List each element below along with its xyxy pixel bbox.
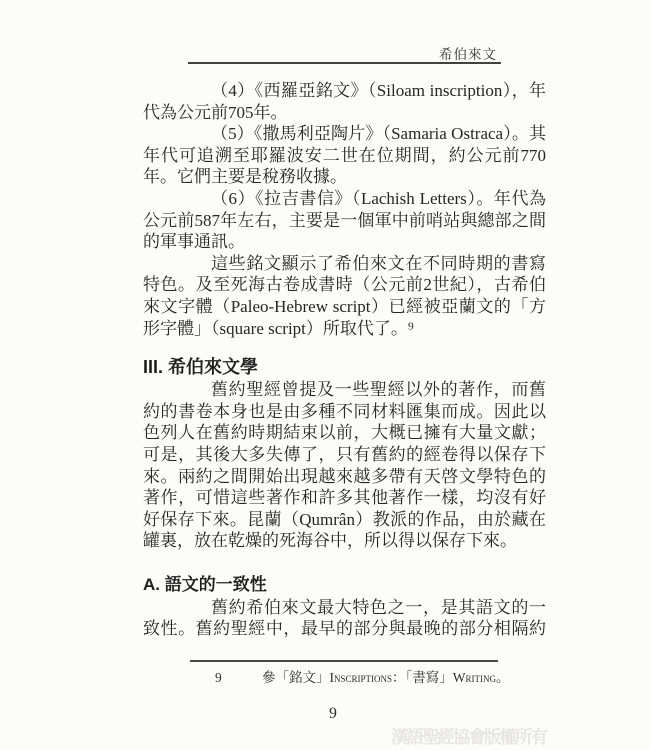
book-page: 希伯來文 （4）《西羅亞銘文》（Siloam inscription），年代為公…: [0, 0, 650, 750]
page-body: （4）《西羅亞銘文》（Siloam inscription），年代為公元前705…: [143, 80, 546, 640]
page-number: 9: [143, 705, 523, 723]
body-paragraph: 舊約希伯來文最大特色之一，是其語文的一致性。舊約聖經中，最早的部分與最晚的部分相…: [143, 597, 546, 640]
body-paragraph: 這些銘文顯示了希伯來文在不同時期的書寫特色。及至死海古卷成書時（公元前2世紀），…: [143, 253, 546, 339]
footnote: 9參「銘文」Inscriptions：「書寫」Writing。: [215, 669, 510, 687]
footnote-text: 參「銘文」Inscriptions：「書寫」Writing。: [262, 670, 510, 685]
section-heading: A. 語文的一致性: [143, 573, 546, 597]
copyright-watermark: 漢語聖經協會版權所有: [391, 724, 546, 749]
footnote-number: 9: [215, 669, 262, 687]
body-paragraph: 舊約聖經曾提及一些聖經以外的著作，而舊約的書卷本身也是由多種不同材料匯集而成。因…: [143, 379, 546, 552]
body-paragraph: （6）《拉吉書信》（Lachish Letters）。年代為公元前587年左右，…: [143, 188, 546, 253]
footnote-rule: [190, 660, 498, 662]
running-head: 希伯來文: [439, 43, 497, 63]
header-rule: [188, 62, 501, 64]
body-paragraph: （5）《撒馬利亞陶片》（Samaria Ostraca）。其年代可追溯至耶羅波安…: [143, 123, 546, 188]
body-paragraph: （4）《西羅亞銘文》（Siloam inscription），年代為公元前705…: [143, 80, 546, 123]
section-heading: III. 希伯來文學: [143, 355, 546, 379]
